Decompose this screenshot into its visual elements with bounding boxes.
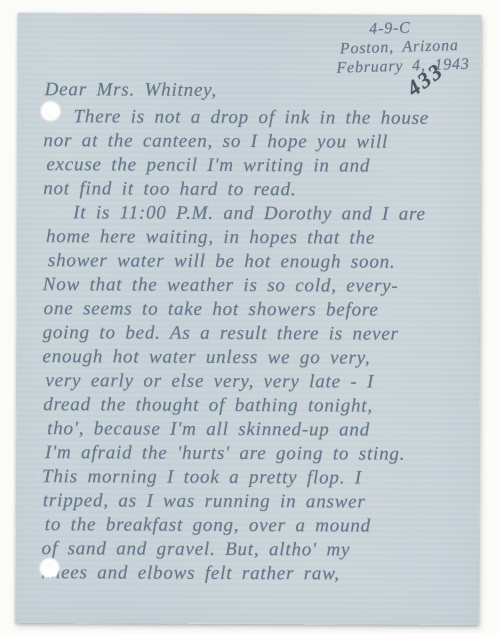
handwriting-line: shower water will be hot enough soon. — [48, 249, 473, 275]
handwriting-line: excuse the pencil I'm writing in and — [46, 153, 473, 179]
handwriting-line: not find it too hard to read. — [43, 177, 473, 203]
handwriting-line: Now that the weather is so cold, every- — [43, 273, 473, 299]
handwriting-line: There is not a drop of ink in the house — [44, 105, 473, 131]
handwriting-line: tripped, as I was running in answer — [43, 489, 472, 515]
hole-punch-bottom — [40, 558, 60, 578]
letter-body: There is not a drop of ink in the house … — [42, 105, 474, 587]
handwriting-line: It is 11:00 P.M. and Dorothy and I are — [44, 201, 473, 227]
handwriting-line: nor at the canteen, so I hope you will — [43, 129, 473, 155]
header-date-line: February 4, 1943 — [336, 55, 470, 78]
handwriting-line: knees and elbows felt rather raw, — [42, 561, 472, 587]
handwriting-line: enough hot water unless we go very, — [42, 345, 472, 371]
letter-paper: 4-9-C Poston, Arizona February 4, 1943 4… — [15, 13, 481, 625]
handwriting-line: very early or else very, very late - I — [45, 369, 472, 395]
handwriting-line: going to bed. As a result there is never — [43, 321, 473, 347]
handwriting-line: of sand and gravel. But, altho' my — [42, 537, 472, 563]
handwriting-line: dread the thought of bathing tonight, — [43, 393, 472, 419]
handwriting-line: home here waiting, in hopes that the — [46, 225, 473, 251]
scan-background: { "colors": { "scan_background": "#fbfbf… — [0, 0, 500, 633]
hole-punch-top — [41, 101, 61, 121]
handwriting-line: to the breakfast gong, over a mound — [45, 513, 472, 539]
handwriting-line: one seems to take hot showers before — [44, 297, 473, 323]
letter-header: 4-9-C Poston, Arizona February 4, 1943 — [339, 17, 470, 78]
salutation: Dear Mrs. Whitney, — [45, 79, 217, 102]
handwriting-line: This morning I took a pretty flop. I — [42, 465, 472, 491]
handwriting-line: I'm afraid the 'hurts' are going to stin… — [45, 441, 472, 467]
handwriting-line: tho', because I'm all skinned-up and — [47, 417, 472, 443]
